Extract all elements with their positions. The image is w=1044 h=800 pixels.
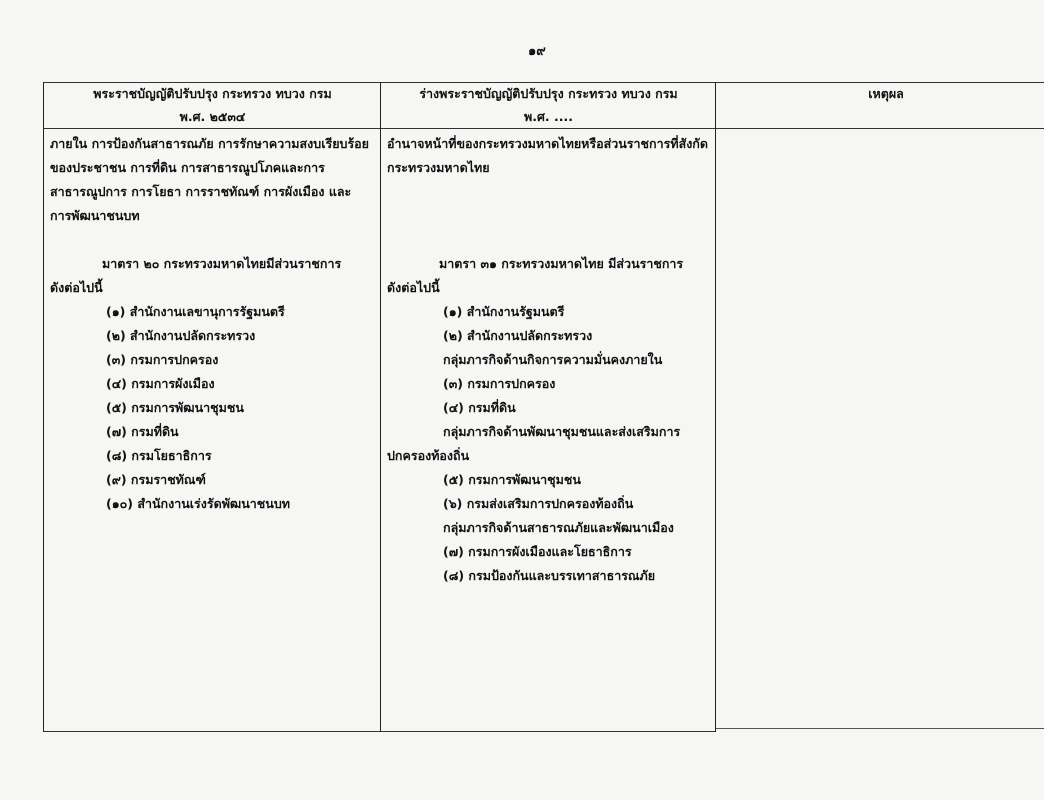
list-item: (๔) กรมการผังเมือง [50, 372, 375, 396]
intro-line: ภายใน การป้องกันสาธารณภัย การรักษาความสง… [50, 132, 375, 156]
header-year: พ.ศ. .... [381, 105, 716, 128]
group-heading: กลุ่มภารกิจด้านกิจการความมั่นคงภายใน [387, 348, 710, 372]
list-item: (๙) กรมราชทัณฑ์ [50, 468, 375, 492]
list-item: (๑๐) สำนักงานเร่งรัดพัฒนาชนบท [50, 492, 375, 516]
list-item: (๕) กรมการพัฒนาชุมชน [387, 468, 710, 492]
header-title: พระราชบัญญัติปรับปรุง กระทรวง ทบวง กรม [44, 82, 381, 105]
intro-line: กระทรวงมหาดไทย [387, 156, 710, 180]
column-current-act: พระราชบัญญัติปรับปรุง กระทรวง ทบวง กรม พ… [43, 82, 381, 732]
header-title: ร่างพระราชบัญญัติปรับปรุง กระทรวง ทบวง ก… [381, 82, 716, 105]
column-body: อำนาจหน้าที่ของกระทรวงมหาดไทยหรือส่วนราช… [381, 128, 716, 592]
group-heading: กลุ่มภารกิจด้านพัฒนาชุมชนและส่งเสริมการ [387, 420, 710, 444]
column-draft-act: ร่างพระราชบัญญัติปรับปรุง กระทรวง ทบวง ก… [380, 82, 716, 732]
list-item: (๑) สำนักงานเลขานุการรัฐมนตรี [50, 300, 375, 324]
spacer [50, 228, 375, 252]
header-title: เหตุผล [716, 82, 1044, 105]
list-item: (๗) กรมที่ดิน [50, 420, 375, 444]
list-item: (๘) กรมโยธาธิการ [50, 444, 375, 468]
list-item: (๒) สำนักงานปลัดกระทรวง [50, 324, 375, 348]
section-heading-cont: ดังต่อไปนี้ [387, 276, 710, 300]
list-item: (๗) กรมการผังเมืองและโยธาธิการ [387, 540, 710, 564]
column-header: พระราชบัญญัติปรับปรุง กระทรวง ทบวง กรม พ… [44, 82, 381, 128]
comparison-table: พระราชบัญญัติปรับปรุง กระทรวง ทบวง กรม พ… [43, 82, 1044, 732]
intro-line: สาธารณูปการ การโยธา การราชทัณฑ์ การผังเม… [50, 180, 375, 204]
section-heading-cont: ดังต่อไปนี้ [50, 276, 375, 300]
list-item: (๑) สำนักงานรัฐมนตรี [387, 300, 710, 324]
intro-line: อำนาจหน้าที่ของกระทรวงมหาดไทยหรือส่วนราช… [387, 132, 710, 156]
group-heading: กลุ่มภารกิจด้านสาธารณภัยและพัฒนาเมือง [387, 516, 710, 540]
list-item: (๔) กรมที่ดิน [387, 396, 710, 420]
list-item: (๓) กรมการปกครอง [50, 348, 375, 372]
list-item: (๒) สำนักงานปลัดกระทรวง [387, 324, 710, 348]
section-heading: มาตรา ๓๑ กระทรวงมหาดไทย มีส่วนราชการ [387, 252, 710, 276]
list-item: (๖) กรมส่งเสริมการปกครองท้องถิ่น [387, 492, 710, 516]
list-item: (๕) กรมการพัฒนาชุมชน [50, 396, 375, 420]
list-item: (๘) กรมป้องกันและบรรเทาสาธารณภัย [387, 564, 710, 588]
intro-line: ของประชาชน การที่ดิน การสาธารณูปโภคและกา… [50, 156, 375, 180]
spacer [387, 180, 710, 252]
column-header: ร่างพระราชบัญญัติปรับปรุง กระทรวง ทบวง ก… [381, 82, 716, 128]
column-reason: เหตุผล [715, 82, 1044, 732]
section-heading: มาตรา ๒๐ กระทรวงมหาดไทยมีส่วนราชการ [50, 252, 375, 276]
column-body: ภายใน การป้องกันสาธารณภัย การรักษาความสง… [44, 128, 381, 520]
page-number: ๑๙ [528, 40, 546, 61]
header-year: พ.ศ. ๒๕๓๔ [44, 105, 381, 128]
intro-line: การพัฒนาชนบท [50, 204, 375, 228]
list-item: (๓) กรมการปกครอง [387, 372, 710, 396]
column-header: เหตุผล [716, 82, 1044, 128]
group-heading-cont: ปกครองท้องถิ่น [387, 444, 710, 468]
